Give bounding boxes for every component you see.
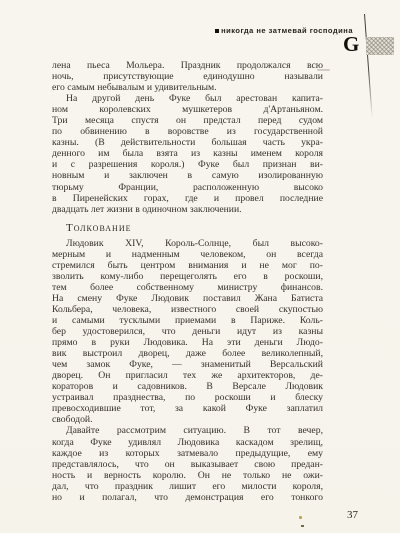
text-line: и с разрешения короля.) Фуке был признан… bbox=[52, 159, 323, 170]
text-line: казны. (В действительности большая часть… bbox=[52, 137, 323, 148]
text-line: тюрьму Франции, расположенную высоко bbox=[52, 182, 323, 193]
running-head-title: никогда не затмевай господина bbox=[221, 26, 353, 35]
text-line: кораторов и садовников. В Версале Людови… bbox=[52, 381, 323, 392]
text-line: денного им была взята из казны именем ко… bbox=[52, 148, 323, 159]
text-line: каждое из которых затмевало предыдущие, … bbox=[52, 448, 323, 459]
text-line: Кольбера, человека, известного своей ску… bbox=[52, 304, 323, 315]
text-line: но и полагал, что демонстрация его тонко… bbox=[52, 492, 323, 503]
section-letter: G bbox=[343, 33, 359, 55]
text-line: чем замок Фуке, — знаменитый Версальский bbox=[52, 359, 323, 370]
text-line: Три месяца спустя он предстал перед судо… bbox=[52, 115, 323, 126]
text-line: и самыми тусклыми приемами в Париже. Кол… bbox=[52, 315, 323, 326]
hatch-ornament bbox=[366, 37, 394, 55]
text-line: На смену Фуке Людовик поставил Жана Бати… bbox=[52, 293, 323, 304]
text-line: свободой. bbox=[52, 414, 323, 425]
text-line: вик выстроил дворец, даже более великоле… bbox=[52, 348, 323, 359]
running-head: никогда не затмевай господина bbox=[215, 26, 353, 35]
text-line: ночь, присутствующие единодушно называли bbox=[52, 71, 323, 82]
text-line: мерным и надменным человеком, он всегда bbox=[52, 249, 323, 260]
text-line: ность и верность королю. Он не только не… bbox=[52, 470, 323, 481]
text-line: двадцать лет жизни в одиночном заключени… bbox=[52, 204, 323, 215]
text-line: превосходившие тот, за какой Фуке заплат… bbox=[52, 403, 323, 414]
text-line: в Пиренейских горах, где и провел послед… bbox=[52, 193, 323, 204]
paragraph: лена пьеса Мольера. Праздник продолжался… bbox=[52, 60, 323, 93]
corner-vertical-rule bbox=[364, 14, 373, 118]
book-page: никогда не затмевай господина G лена пье… bbox=[0, 0, 400, 533]
text-block: лена пьеса Мольера. Праздник продолжался… bbox=[52, 60, 323, 503]
paragraph: Людовик XIV, Король-Солнце, был высоко-м… bbox=[52, 238, 323, 426]
scan-artifact bbox=[317, 69, 330, 71]
text-line: тем более собственному министру финансов… bbox=[52, 282, 323, 293]
text-line: Людовик XIV, Король-Солнце, был высоко- bbox=[52, 238, 323, 249]
text-line: дворец. Он пригласил тех же архитекторов… bbox=[52, 370, 323, 381]
text-line: Давайте рассмотрим ситуацию. В тот вечер… bbox=[52, 425, 323, 436]
paragraph: На другой день Фуке был арестован капита… bbox=[52, 93, 323, 215]
page-number: 37 bbox=[347, 509, 358, 521]
square-bullet-icon bbox=[215, 29, 219, 33]
text-line: его самым небывалым и удивительным. bbox=[52, 82, 323, 93]
text-line: стремился быть центром внимания и не мог… bbox=[52, 260, 323, 271]
text-line: когда Фуке удивлял Людовика каскадом зре… bbox=[52, 437, 323, 448]
text-line: лена пьеса Мольера. Праздник продолжался… bbox=[52, 60, 323, 71]
text-line: новным и заключен в самую изолированную bbox=[52, 170, 323, 181]
text-line: зволить кому-либо перещеголять его в рос… bbox=[52, 271, 323, 282]
text-line: прямо в руки Людовика. На эти деньги Люд… bbox=[52, 337, 323, 348]
text-line: представлялось, что он выказывает свою п… bbox=[52, 459, 323, 470]
text-line: по обвинению в воровстве из государствен… bbox=[52, 126, 323, 137]
print-speck bbox=[299, 516, 302, 519]
text-line: устраивал празднества, по роскоши и блес… bbox=[52, 392, 323, 403]
section-heading: Толкование bbox=[52, 222, 323, 234]
text-line: дал, что праздник лишит его милости коро… bbox=[52, 481, 323, 492]
print-speck bbox=[301, 525, 304, 527]
paragraph: Давайте рассмотрим ситуацию. В тот вечер… bbox=[52, 425, 323, 502]
text-line: бер удостоверился, что деньги идут из ка… bbox=[52, 326, 323, 337]
text-line: На другой день Фуке был арестован капита… bbox=[52, 93, 323, 104]
text-line: ном королевских мушкетеров д'Артаньяном. bbox=[52, 104, 323, 115]
